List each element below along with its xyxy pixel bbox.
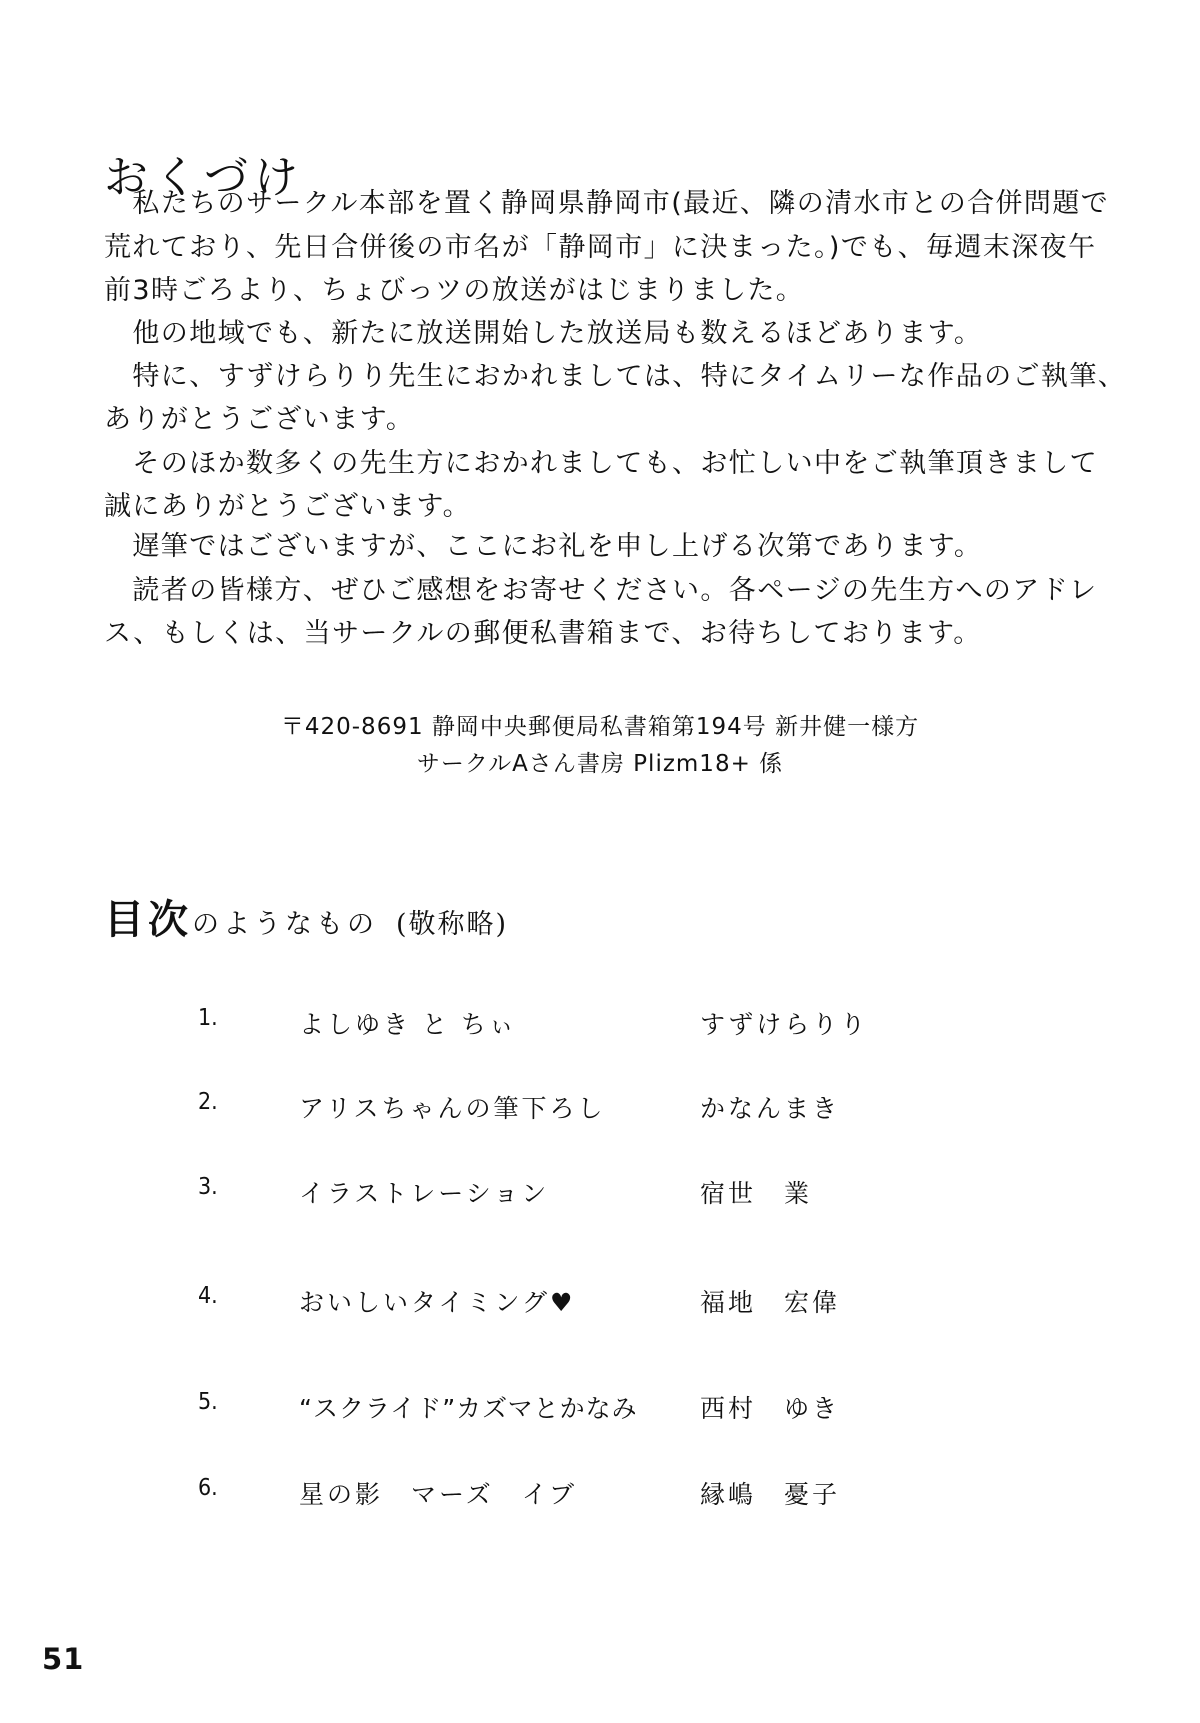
toc-item-title: おいしいタイミング♥ (299, 1283, 575, 1319)
toc-item-number: 2. (198, 1089, 218, 1115)
toc-item: 6. 星の影 マーズ イブ 縁嶋 憂子 (0, 1475, 1200, 1511)
paragraph-line: ありがとうございます。 (104, 406, 414, 433)
toc-heading-main: 目次 (104, 896, 192, 943)
toc-item-number: 6. (198, 1475, 218, 1501)
toc-item-author: かなんまき (700, 1089, 840, 1125)
toc-item-title: アリスちゃんの筆下ろし (299, 1089, 606, 1125)
paragraph-line: 誠にありがとうございます。 (104, 493, 471, 520)
page-number: 51 (42, 1642, 84, 1676)
paragraph-line: 荒れており、先日合併後の市名が「静岡市」に決まった。)でも、毎週末深夜午 (104, 234, 1096, 261)
paragraph-line: 特に、すずけらりり先生におかれましては、特にタイムリーな作品のご執筆、 (104, 363, 1126, 390)
toc-item-title: イラストレーション (299, 1174, 549, 1210)
paragraph-line: 私たちのサークル本部を置く静岡県静岡市(最近、隣の清水市との合併問題で (104, 190, 1109, 217)
toc-item-author: 西村 ゆき (700, 1389, 840, 1425)
address-line-1: 〒420-8691 静岡中央郵便局私書箱第194号 新井健一様方 (0, 708, 1200, 741)
toc-item-number: 3. (198, 1174, 218, 1200)
paragraph-line: 他の地域でも、新たに放送開始した放送局も数えるほどあります。 (104, 320, 982, 347)
toc-item-author: 福地 宏偉 (700, 1283, 840, 1319)
toc-item-title: 星の影 マーズ イブ (299, 1475, 577, 1511)
paragraph-line: ス、もしくは、当サークルの郵便私書箱まで、お待ちしております。 (104, 620, 982, 647)
toc-item-number: 4. (198, 1283, 218, 1309)
toc-heading-sub: のようなもの (192, 909, 378, 940)
address-line-2: サークルAさん書房 Plizm18+ 係 (0, 745, 1200, 778)
toc-item-number: 1. (198, 1005, 218, 1031)
toc-item-author: 宿世 業 (700, 1174, 812, 1210)
toc-item: 3. イラストレーション 宿世 業 (0, 1174, 1200, 1210)
paragraph-line: 前3時ごろより、ちょびっツの放送がはじまりました。 (104, 277, 804, 304)
toc-item: 4. おいしいタイミング♥ 福地 宏偉 (0, 1283, 1200, 1319)
paragraph-line: 読者の皆様方、ぜひご感想をお寄せください。各ページの先生方へのアドレ (104, 577, 1097, 604)
toc-item-author: 縁嶋 憂子 (700, 1475, 840, 1511)
toc-item-author: すずけらりり (700, 1005, 868, 1041)
toc-item-title: “スクライド”カズマとかなみ (299, 1389, 638, 1425)
paragraph-line: そのほか数多くの先生方におかれましても、お忙しい中をご執筆頂きまして (104, 450, 1098, 477)
toc-item: 5. “スクライド”カズマとかなみ 西村 ゆき (0, 1389, 1200, 1425)
toc-item: 2. アリスちゃんの筆下ろし かなんまき (0, 1089, 1200, 1125)
toc-item: 1. よしゆき と ちぃ すずけらりり (0, 1005, 1200, 1041)
toc-heading-note: (敬称略) (396, 909, 508, 940)
toc-item-title: よしゆき と ちぃ (299, 1005, 517, 1041)
toc-heading: 目次のようなもの(敬称略) (104, 888, 508, 945)
paragraph-line: 遅筆ではございますが、ここにお礼を申し上げる次第であります。 (104, 533, 982, 560)
toc-item-number: 5. (198, 1389, 218, 1415)
